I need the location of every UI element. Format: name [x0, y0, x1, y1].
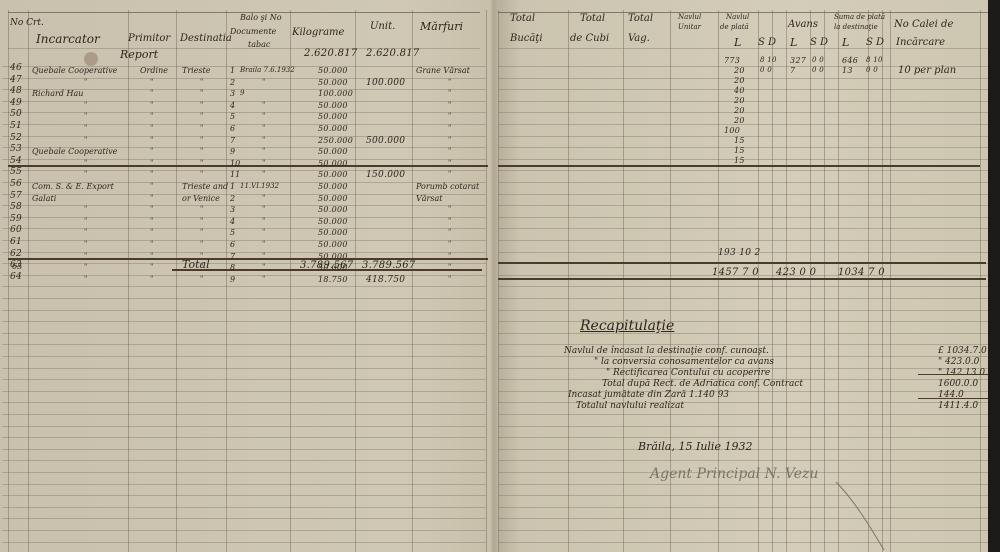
- row-kg: 100.000: [318, 89, 353, 98]
- row-no: 55: [10, 168, 22, 177]
- report-kg: 2.620.817: [304, 48, 358, 59]
- row-document: ": [262, 205, 265, 213]
- row-rule: [2, 159, 486, 160]
- row-document: ": [262, 101, 265, 109]
- row-kg: 18.750: [318, 275, 348, 284]
- row-freight: 20: [734, 106, 745, 115]
- row-destination: or Venice: [182, 194, 220, 203]
- row-rule: [498, 495, 988, 496]
- row-rule: [2, 78, 486, 79]
- header-receiver: Primitor: [128, 34, 170, 44]
- row-no: 61: [10, 238, 22, 247]
- row-bale-no: 1: [230, 182, 235, 191]
- row-kg: 250.000: [318, 136, 353, 145]
- column-rule: [882, 10, 883, 552]
- row-goods: Grane Vărsat: [416, 66, 470, 75]
- row-rule: [498, 298, 988, 299]
- place-date: Brăila, 15 Iulie 1932: [638, 440, 752, 453]
- column-rule: [890, 10, 891, 552]
- row-rule: [498, 170, 988, 171]
- row-rule: [2, 437, 486, 438]
- row-destination: ": [200, 228, 203, 236]
- row-advance-sd: 0 0: [812, 56, 824, 64]
- row-shipper: ": [84, 136, 87, 144]
- currency-l-advance: L: [790, 38, 797, 48]
- row-rule: [2, 136, 486, 137]
- agent-signature: Agent Principal N. Vezu: [650, 466, 818, 482]
- row-destination: ": [200, 240, 203, 248]
- row-rule: [498, 414, 988, 415]
- section-divider: [498, 165, 980, 167]
- book-spine: [490, 0, 498, 552]
- currency-l-balance: L: [842, 38, 849, 48]
- header-freight-top: Navlul: [726, 12, 749, 22]
- row-no: 59: [10, 215, 22, 224]
- row-goods: ": [448, 101, 451, 109]
- row-destination: ": [200, 89, 203, 97]
- row-shipper: Com. S. & E. Export: [32, 182, 114, 191]
- column-rule: [868, 10, 869, 552]
- row-rule: [498, 402, 988, 403]
- column-rule: [623, 10, 624, 552]
- row-destination: ": [200, 136, 203, 144]
- row-balance-sd: 0 0: [866, 66, 878, 74]
- row-destination: ": [200, 275, 203, 283]
- row-receiver: ": [150, 217, 153, 225]
- row-document: ": [262, 124, 265, 132]
- row-no: 48: [10, 87, 22, 96]
- recap-title: Recapitulaţie: [580, 318, 674, 334]
- row-shipper: ": [84, 159, 87, 167]
- row-no: 46: [10, 64, 22, 73]
- row-bale-no: 5: [230, 112, 235, 121]
- row-freight: 15: [734, 156, 745, 165]
- row-shipper: Quebale Cooperative: [32, 147, 117, 156]
- row-document: ": [262, 112, 265, 120]
- row-goods: Porumb cotarat: [416, 182, 479, 191]
- row-goods: ": [448, 263, 451, 271]
- grand-total-advance: 423 0 0: [776, 267, 816, 278]
- row-destination: ": [200, 124, 203, 132]
- row-document: ": [262, 252, 265, 260]
- grand-total-divider: [498, 278, 986, 280]
- row-rule: [2, 333, 486, 334]
- row-kg: 50.000: [318, 205, 348, 214]
- row-bale-no: 6: [230, 240, 235, 249]
- row-rule: [2, 368, 486, 369]
- row-receiver: ": [150, 263, 153, 271]
- row-freight: 15: [734, 136, 745, 145]
- header-bales-mid: Documente: [230, 27, 276, 37]
- row-document: ": [262, 217, 265, 225]
- row-receiver: ": [150, 194, 153, 202]
- row-freight: 20: [734, 76, 745, 85]
- row-shipper: ": [84, 78, 87, 86]
- row-rule: [498, 310, 988, 311]
- report-units: 2.620.817: [366, 48, 420, 59]
- column-rule: [486, 10, 487, 552]
- recap-line-label: " la conversia conosamentelor ca avans: [594, 357, 774, 367]
- recap-line-label: " Rectificarea Contului cu acoperire: [606, 368, 770, 378]
- recap-line-value: " 142.13.0: [938, 368, 985, 378]
- row-rule: [2, 275, 486, 276]
- column-rule: [838, 10, 839, 552]
- row-bale-no: 9: [230, 275, 235, 284]
- header-loading-port-bot: Incărcare: [896, 38, 945, 48]
- row-kg: 50.000: [318, 78, 348, 87]
- row-destination: ": [200, 78, 203, 86]
- row-document: ": [262, 263, 265, 271]
- row-shipper: ": [84, 205, 87, 213]
- row-receiver: ": [150, 124, 153, 132]
- row-document: ": [262, 78, 265, 86]
- row-goods: ": [448, 89, 451, 97]
- row-no: 58: [10, 203, 22, 212]
- recap-line-value: £ 1034.7.0: [938, 346, 987, 356]
- currency-sd-balance: S D: [866, 38, 884, 48]
- row-document: 9: [240, 89, 244, 98]
- row-receiver: ": [150, 182, 153, 190]
- row-document: ": [262, 147, 265, 155]
- row-receiver: ": [150, 112, 153, 120]
- row-rule: [2, 170, 486, 171]
- row-rule: [2, 124, 486, 125]
- report-label: Report: [120, 50, 158, 60]
- row-shipper: ": [84, 252, 87, 260]
- row-no: 50: [10, 110, 22, 119]
- row-document: ": [262, 275, 265, 283]
- row-rule: [2, 112, 486, 113]
- row-destination: ": [200, 205, 203, 213]
- header-units: Unit.: [370, 22, 395, 32]
- total-units: 3.789.567: [362, 260, 416, 271]
- right-page: Total Bucăţi Total de Cubi Total Vag. Na…: [498, 0, 988, 552]
- row-kg: 50.000: [318, 170, 348, 179]
- row-rule: [2, 240, 486, 241]
- header-unit-freight-bot: Unitar: [678, 22, 701, 32]
- column-rule: [412, 10, 413, 552]
- column-rule: [824, 10, 825, 552]
- row-no: 60: [10, 226, 22, 235]
- column-rule: [980, 10, 981, 552]
- row-bale-no: 7: [230, 252, 235, 261]
- row-rule: [2, 194, 486, 195]
- row-rule: [2, 310, 486, 311]
- header-no: No Crt.: [10, 18, 44, 28]
- row-rule: [498, 217, 988, 218]
- row-rule: [498, 205, 988, 206]
- row-rule: [2, 426, 486, 427]
- header-freight-bot: de plată: [720, 22, 749, 32]
- header-shipper: Incarcator: [36, 34, 100, 44]
- row-rule: [2, 530, 486, 531]
- row-receiver: Ordine: [140, 66, 168, 75]
- recap-line-value: 1411.4.0: [938, 401, 978, 411]
- row-rule: [2, 391, 486, 392]
- row-bale-no: 11: [230, 170, 240, 179]
- row-no: 64: [10, 273, 22, 282]
- currency-sd-advance: S D: [810, 38, 828, 48]
- total-divider: [8, 258, 488, 260]
- header-total-wagons-bot: Vag.: [628, 34, 650, 44]
- row-shipper: ": [84, 217, 87, 225]
- row-shipper: ": [84, 124, 87, 132]
- row-no: 62: [10, 250, 22, 259]
- row-balance-sd: 8 10: [866, 56, 883, 64]
- row-receiver: ": [150, 275, 153, 283]
- row-rule: [2, 414, 486, 415]
- row-rule: [2, 286, 486, 287]
- row-freight: 40: [734, 86, 745, 95]
- row-shipper: Galati: [32, 194, 56, 203]
- total-kg: 3.789.567: [300, 260, 354, 271]
- row-units: 500.000: [366, 136, 405, 146]
- row-document: 11.VI.1932: [240, 182, 279, 191]
- row-shipper: ": [84, 275, 87, 283]
- row-units: 150.000: [366, 170, 405, 180]
- row-bale-no: 4: [230, 217, 235, 226]
- row-rule: [498, 194, 988, 195]
- row-destination: Trieste and: [182, 182, 228, 191]
- row-destination: ": [200, 170, 203, 178]
- row-document: ": [262, 136, 265, 144]
- total-label: Total: [182, 260, 210, 270]
- row-bale-no: 8: [230, 263, 235, 272]
- row-no: 57: [10, 192, 22, 201]
- row-note: 10 per plan: [898, 66, 956, 75]
- column-rule: [128, 10, 129, 552]
- header-advance: Avans: [788, 20, 818, 30]
- row-freight: 20: [734, 116, 745, 125]
- row-goods: ": [448, 252, 451, 260]
- row-rule: [2, 298, 486, 299]
- row-rule: [2, 217, 486, 218]
- row-rule: [2, 379, 486, 380]
- recap-line-value: 1600.0.0: [938, 379, 978, 389]
- header-total-cubic-bot: de Cubi: [570, 34, 609, 44]
- row-destination: Trieste: [182, 66, 211, 75]
- section-divider: [8, 165, 488, 167]
- row-goods: ": [448, 275, 451, 283]
- row-kg: 50.000: [318, 217, 348, 226]
- row-rule: [2, 101, 486, 102]
- row-no: 54: [10, 157, 22, 166]
- row-kg: 50.000: [318, 147, 348, 156]
- row-kg: 50.000: [318, 101, 348, 110]
- row-receiver: ": [150, 89, 153, 97]
- row-no: 49: [10, 99, 22, 108]
- row-document: ": [262, 170, 265, 178]
- row-rule: [498, 321, 988, 322]
- header-bales-top: Balo şi No: [240, 13, 282, 23]
- row-destination: ": [200, 112, 203, 120]
- row-rule: [2, 460, 486, 461]
- row-goods: ": [448, 217, 451, 225]
- header-unit-freight-top: Navlul: [678, 12, 701, 22]
- header-total-bags-top: Total: [510, 14, 535, 24]
- row-receiver: ": [150, 240, 153, 248]
- row-no: 51: [10, 122, 22, 131]
- row-rule: [2, 356, 486, 357]
- row-freight-sd: 8 10: [760, 56, 777, 64]
- grand-total-freight: 1457 7 0: [712, 267, 759, 278]
- row-rule: [2, 402, 486, 403]
- row-rule: [498, 437, 988, 438]
- column-rule: [290, 10, 291, 552]
- row-rule: [2, 484, 486, 485]
- total-row-no: 65: [12, 262, 22, 271]
- header-total-cubic-top: Total: [580, 14, 605, 24]
- row-rule: [2, 495, 486, 496]
- row-no: 56: [10, 180, 22, 189]
- row-rule: [498, 460, 988, 461]
- row-units: 100.000: [366, 78, 405, 88]
- header-kilograms: Kilograme: [292, 28, 344, 38]
- row-shipper: ": [84, 101, 87, 109]
- recap-line-label: Incasat jumătate din Zară 1.140 93: [568, 390, 729, 400]
- row-rule: [498, 344, 988, 345]
- row-bale-no: 4: [230, 101, 235, 110]
- row-goods: ": [448, 228, 451, 236]
- row-kg: 50.000: [318, 240, 348, 249]
- row-shipper: ": [84, 170, 87, 178]
- row-freight: 20: [734, 96, 745, 105]
- recap-line-label: Navlul de încasat la destinaţie conf. cu…: [564, 346, 769, 356]
- row-rule: [498, 518, 988, 519]
- row-receiver: ": [150, 101, 153, 109]
- row-rule: [2, 321, 486, 322]
- header-loading-port-top: No Calei de: [894, 20, 953, 30]
- row-freight: 20: [734, 66, 745, 75]
- row-freight: 773: [724, 56, 740, 65]
- header-total-wagons-top: Total: [628, 14, 653, 24]
- row-bale-no: 2: [230, 194, 235, 203]
- grand-total-balance: 1034 7 0: [838, 267, 885, 278]
- row-shipper: ": [84, 263, 87, 271]
- row-rule: [2, 518, 486, 519]
- left-page: No Crt. Incarcator Primitor Destinatia B…: [0, 0, 490, 552]
- row-rule: [2, 542, 486, 543]
- row-no: 52: [10, 134, 22, 143]
- row-goods: ": [448, 124, 451, 132]
- row-bale-no: 1: [230, 66, 235, 75]
- ink-stain: [84, 52, 98, 66]
- header-destination: Destinatia: [180, 34, 232, 44]
- row-rule: [2, 252, 486, 253]
- row-bale-no: 9: [230, 147, 235, 156]
- row-shipper: ": [84, 228, 87, 236]
- recap-line-value: " 423.0.0: [938, 357, 979, 367]
- row-rule: [498, 484, 988, 485]
- row-shipper: ": [84, 240, 87, 248]
- row-destination: ": [200, 101, 203, 109]
- row-advance: 7: [790, 66, 795, 75]
- row-freight: 100: [724, 126, 740, 135]
- row-kg: 50.000: [318, 194, 348, 203]
- column-rule: [498, 10, 499, 552]
- row-goods: ": [448, 240, 451, 248]
- row-rule: [498, 286, 988, 287]
- book-edge: [988, 0, 1000, 552]
- row-receiver: ": [150, 136, 153, 144]
- row-document: ": [262, 240, 265, 248]
- recap-line-label: Total după Rect. de Adriatica conf. Cont…: [602, 379, 803, 389]
- row-balance: 13: [842, 66, 853, 75]
- row-goods: ": [448, 159, 451, 167]
- row-kg: 50.000: [318, 66, 348, 75]
- row-kg: 50.000: [318, 159, 348, 168]
- row-rule: [2, 205, 486, 206]
- freight-subtotal: 193 10 2: [718, 248, 760, 258]
- row-rule: [498, 240, 988, 241]
- recap-line-label: Totalul navlului realizat: [576, 401, 684, 411]
- row-document: ": [262, 159, 265, 167]
- row-rule: [2, 344, 486, 345]
- column-rule: [28, 10, 29, 552]
- currency-l-freight: L: [734, 38, 741, 48]
- row-rule: [498, 426, 988, 427]
- row-rule: [498, 333, 988, 334]
- row-document: Braila 7.6.1932: [240, 66, 295, 75]
- header-balance-bot: la destinaţie: [834, 22, 878, 32]
- row-advance: 327: [790, 56, 806, 65]
- currency-sd-freight: S D: [758, 38, 776, 48]
- total-divider: [498, 262, 986, 264]
- column-rule: [176, 10, 177, 552]
- row-receiver: ": [150, 147, 153, 155]
- row-bale-no: 5: [230, 228, 235, 237]
- row-units: 418.750: [366, 275, 405, 285]
- header-goods: Mărfuri: [420, 22, 463, 32]
- ledger-book-spread: No Crt. Incarcator Primitor Destinatia B…: [0, 0, 1000, 552]
- row-no: 47: [10, 76, 22, 85]
- row-bale-no: 3: [230, 89, 235, 98]
- row-bale-no: 7: [230, 136, 235, 145]
- row-shipper: Richard Hau: [32, 89, 83, 98]
- row-bale-no: 10: [230, 159, 240, 168]
- row-rule: [498, 507, 988, 508]
- column-rule: [8, 10, 9, 552]
- row-document: ": [262, 228, 265, 236]
- row-advance-sd: 0 0: [812, 66, 824, 74]
- row-bale-no: 2: [230, 78, 235, 87]
- signature-flourish: [834, 480, 894, 552]
- row-goods: ": [448, 170, 451, 178]
- header-bales-bot: tabac: [248, 40, 270, 50]
- row-kg: 50.000: [318, 112, 348, 121]
- row-receiver: ": [150, 205, 153, 213]
- row-rule: [2, 228, 486, 229]
- row-rule: [498, 530, 988, 531]
- row-shipper: Quebale Cooperative: [32, 66, 117, 75]
- row-bale-no: 6: [230, 124, 235, 133]
- row-rule: [2, 507, 486, 508]
- row-goods: Vărsat: [416, 194, 442, 203]
- row-receiver: ": [150, 78, 153, 86]
- column-rule: [226, 10, 227, 552]
- row-receiver: ": [150, 170, 153, 178]
- row-receiver: ": [150, 252, 153, 260]
- row-rule: [498, 182, 988, 183]
- row-shipper: ": [84, 112, 87, 120]
- row-goods: ": [448, 136, 451, 144]
- row-kg: 50.000: [318, 228, 348, 237]
- row-goods: ": [448, 147, 451, 155]
- row-kg: 50.000: [318, 182, 348, 191]
- row-balance: 646: [842, 56, 858, 65]
- header-divider: [498, 48, 988, 49]
- header-total-bags-bot: Bucăţi: [510, 34, 543, 44]
